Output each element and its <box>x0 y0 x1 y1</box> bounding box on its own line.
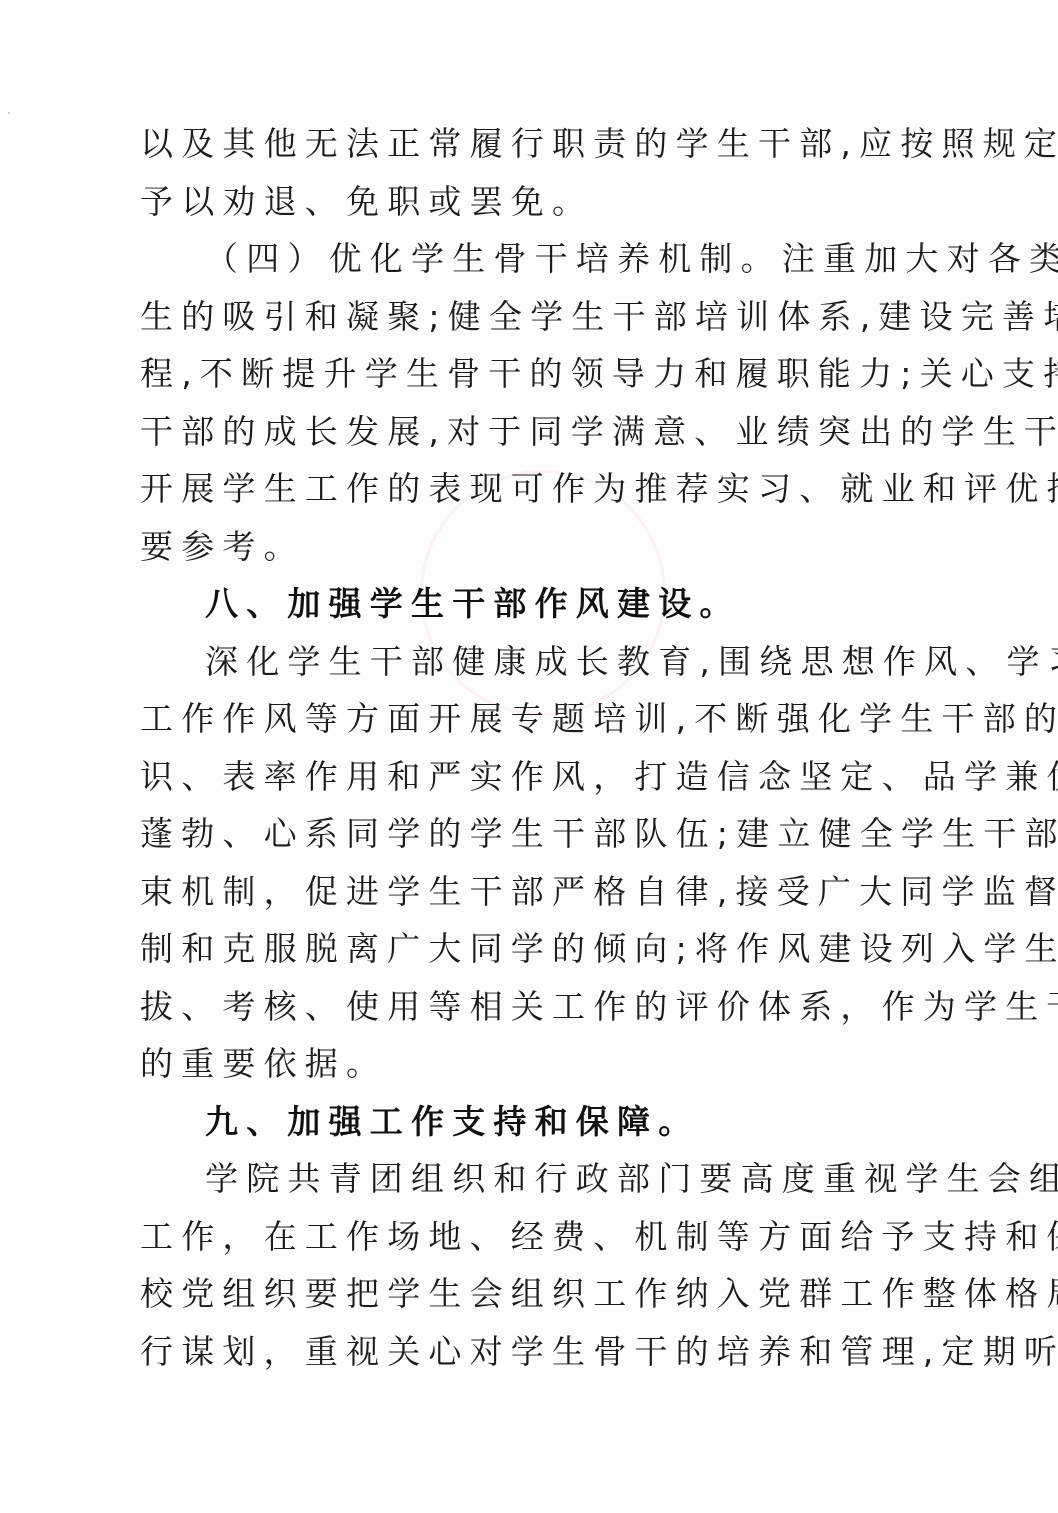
scanned-page: 以及其他无法正常履行职责的学生干部,应按照规定和程序 予以劝退、免职或罢免。 （… <box>0 0 1058 1513</box>
text-line: 蓬勃、心系同学的学生干部队伍;建立健全学生干部监督约 <box>140 805 892 863</box>
document-body: 以及其他无法正常履行职责的学生干部,应按照规定和程序 予以劝退、免职或罢免。 （… <box>140 115 892 1380</box>
text-line: 束机制，促进学生干部严格自律,接受广大同学监督,坚决抵 <box>140 863 892 921</box>
text-line: 识、表率作用和严实作风，打造信念坚定、品学兼优、朝气 <box>140 748 892 806</box>
section-heading-9: 九、加强工作支持和保障。 <box>140 1093 892 1151</box>
text-line: 校党组织要把学生会组织工作纳入党群工作整体格局中进 <box>140 1265 892 1323</box>
text-line: 拔、考核、使用等相关工作的评价体系，作为学生干部任免 <box>140 978 892 1036</box>
text-line: 要参考。 <box>140 518 892 576</box>
text-line: 工作，在工作场地、经费、机制等方面给予支持和保障。学 <box>140 1208 892 1266</box>
scan-speck <box>8 112 10 114</box>
text-line: 制和克服脱离广大同学的倾向;将作风建设列入学生干部选 <box>140 920 892 978</box>
text-line: 行谋划，重视关心对学生骨干的培养和管理,定期听取相关 <box>140 1323 892 1381</box>
text-line: 以及其他无法正常履行职责的学生干部,应按照规定和程序 <box>140 115 892 173</box>
text-line: 干部的成长发展,对于同学满意、业绩突出的学生干部，其 <box>140 403 892 461</box>
text-line: 生的吸引和凝聚;健全学生干部培训体系,建设完善培训课 <box>140 288 892 346</box>
text-line: 开展学生工作的表现可作为推荐实习、就业和评优推优的重 <box>140 460 892 518</box>
text-line: 的重要依据。 <box>140 1035 892 1093</box>
text-line: 予以劝退、免职或罢免。 <box>140 173 892 231</box>
paragraph-first-line: 深化学生干部健康成长教育,围绕思想作风、学习作风、 <box>140 633 892 691</box>
paragraph-first-line: 学院共青团组织和行政部门要高度重视学生会组织的 <box>140 1150 892 1208</box>
text-line: 工作作风等方面开展专题培训,不断强化学生干部的宗旨意 <box>140 690 892 748</box>
section-heading-8: 八、加强学生干部作风建设。 <box>140 575 892 633</box>
paragraph-first-line: （四）优化学生骨干培养机制。注重加大对各类优秀学 <box>140 230 892 288</box>
text-line: 程,不断提升学生骨干的领导力和履职能力;关心支持学生 <box>140 345 892 403</box>
